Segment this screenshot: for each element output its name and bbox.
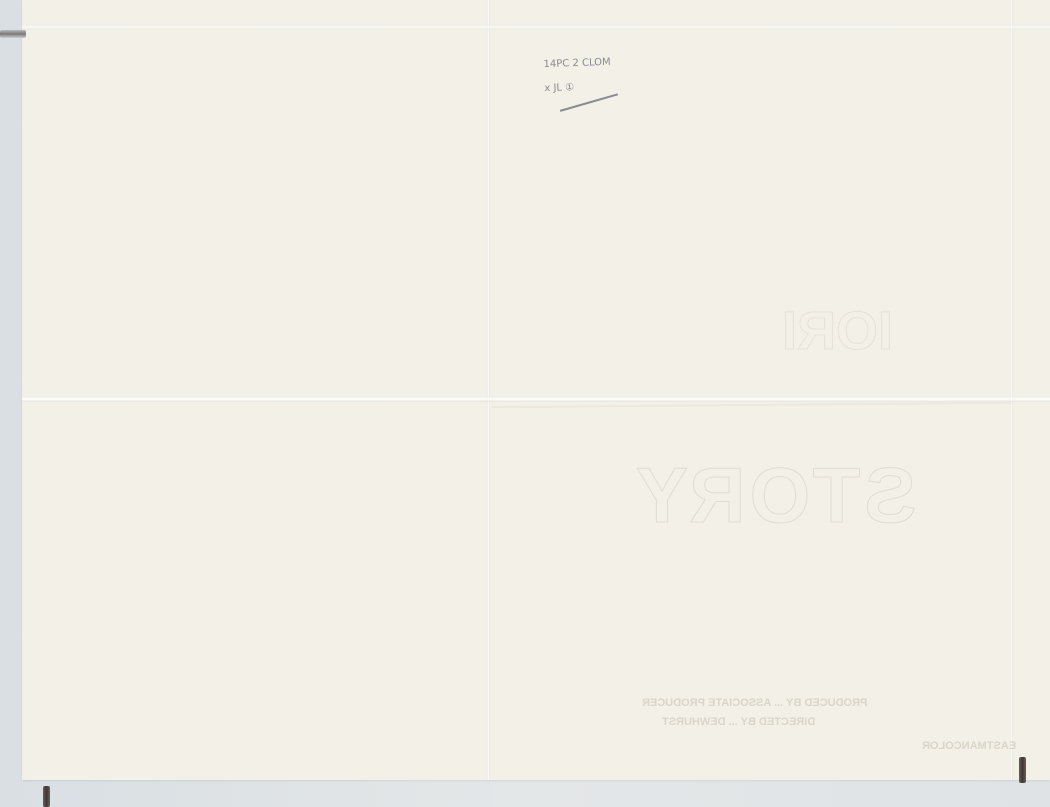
horizontal-fold-center [22,396,1050,402]
show-through-credit-1: PRODUCED BY ... ASSOCIATE PRODUCER [642,697,867,709]
poster-back-sheet: IORI STORY PRODUCED BY ... ASSOCIATE PRO… [22,0,1050,780]
horizontal-fold-top [22,24,1050,30]
clip-top-left-icon [0,30,26,38]
vertical-fold-right [1010,0,1013,780]
show-through-title-top: IORI [782,300,893,362]
crease-line [492,402,1012,409]
clip-bottom-left-icon [43,786,50,807]
annotation-line-1: 14PC 2 CLOM [543,51,611,77]
vertical-fold-center [487,0,490,780]
show-through-credit-3: EASTMANCOLOR [922,740,1016,752]
pencil-annotation: 14PC 2 CLOM x JL ① [543,51,612,101]
clip-bottom-right-icon [1019,757,1026,783]
show-through-credit-2: DIRECTED BY ... DEWHURST [662,716,815,728]
show-through-title: STORY [632,450,916,541]
